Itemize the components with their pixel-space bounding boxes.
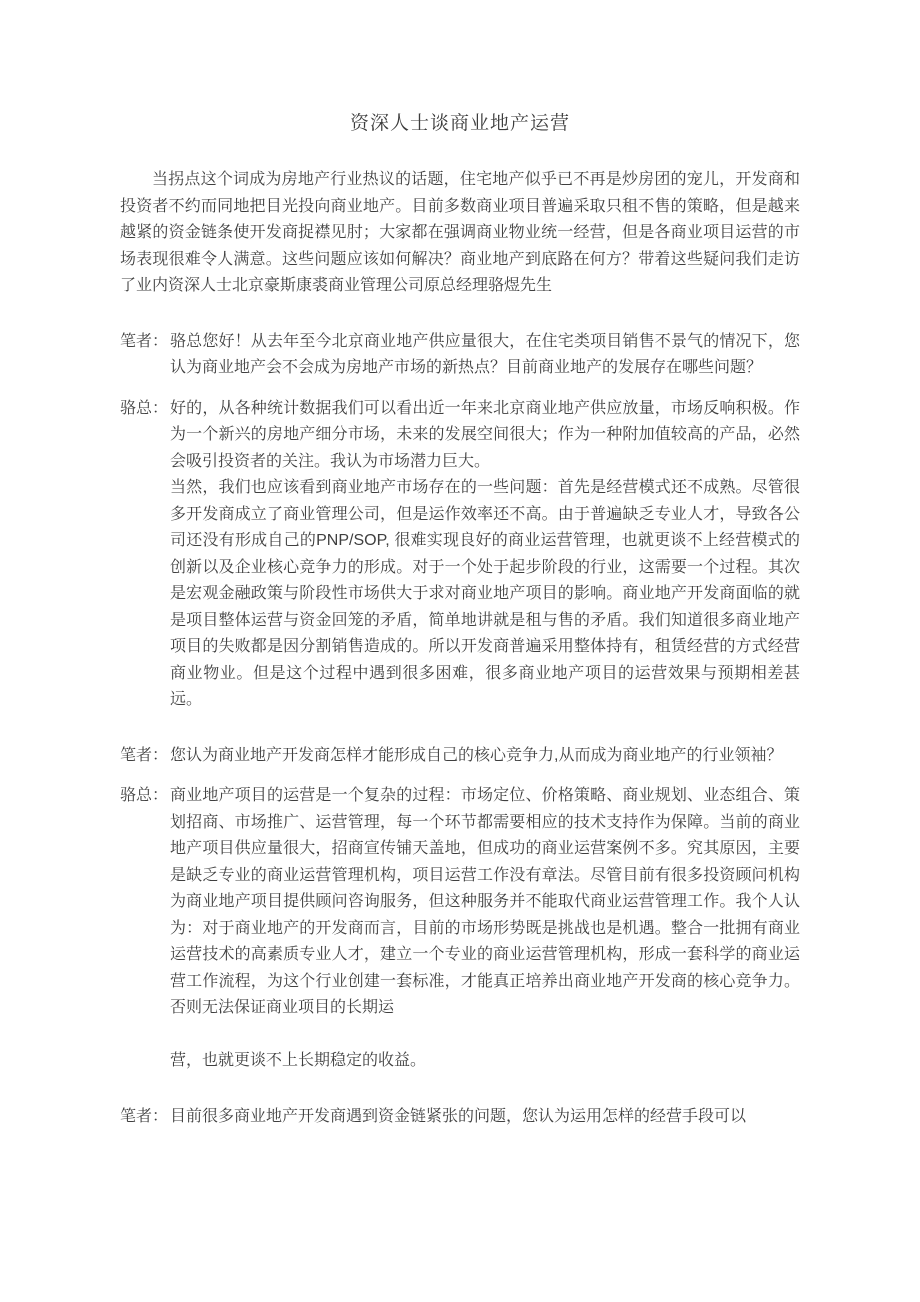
speaker-label: 笔者： xyxy=(120,1104,168,1131)
speaker-label: 骆总： xyxy=(120,783,168,810)
dialog-block: 笔者：您认为商业地产开发商怎样才能形成自己的核心竞争力,从而成为商业地产的行业领… xyxy=(120,743,800,770)
dialog-paragraph: 当然，我们也应该看到商业地产市场存在的一些问题：首先是经营模式还不成熟。尽管很多… xyxy=(170,475,800,714)
speaker-label: 笔者： xyxy=(120,329,168,356)
dialog-paragraph: 骆总您好！从去年至今北京商业地产供应量很大，在住宅类项目销售不景气的情况下，您认… xyxy=(170,329,800,382)
dialog-block: 骆总：商业地产项目的运营是一个复杂的过程：市场定位、价格策略、商业规划、业态组合… xyxy=(120,783,800,1075)
speaker-label: 骆总： xyxy=(120,396,168,423)
dialog-block: 骆总：好的，从各种统计数据我们可以看出近一年来北京商业地产供应放量，市场反响积极… xyxy=(120,396,800,714)
dialog-paragraph: 营，也就更谈不上长期稳定的收益。 xyxy=(170,1048,800,1075)
dialog-paragraph: 好的，从各种统计数据我们可以看出近一年来北京商业地产供应放量，市场反响积极。作为… xyxy=(170,396,800,476)
dialog-block: 笔者：骆总您好！从去年至今北京商业地产供应量很大，在住宅类项目销售不景气的情况下… xyxy=(120,329,800,382)
intro-paragraph: 当拐点这个词成为房地产行业热议的话题，住宅地产似乎已不再是炒房团的宠儿，开发商和… xyxy=(120,167,800,300)
dialog-block: 笔者：目前很多商业地产开发商遇到资金链紧张的问题，您认为运用怎样的经营手段可以 xyxy=(120,1104,800,1131)
document-page: 资深人士谈商业地产运营 当拐点这个词成为房地产行业热议的话题，住宅地产似乎已不再… xyxy=(0,0,920,1302)
speaker-label: 笔者： xyxy=(120,743,168,770)
dialog-paragraph: 目前很多商业地产开发商遇到资金链紧张的问题，您认为运用怎样的经营手段可以 xyxy=(170,1104,800,1131)
qa-list: 笔者：骆总您好！从去年至今北京商业地产供应量很大，在住宅类项目销售不景气的情况下… xyxy=(120,329,800,1131)
blank-line xyxy=(170,1022,800,1049)
document-title: 资深人士谈商业地产运营 xyxy=(120,108,800,135)
dialog-paragraph: 您认为商业地产开发商怎样才能形成自己的核心竞争力,从而成为商业地产的行业领袖？ xyxy=(170,743,800,770)
dialog-paragraph: 商业地产项目的运营是一个复杂的过程：市场定位、价格策略、商业规划、业态组合、策划… xyxy=(170,783,800,1022)
